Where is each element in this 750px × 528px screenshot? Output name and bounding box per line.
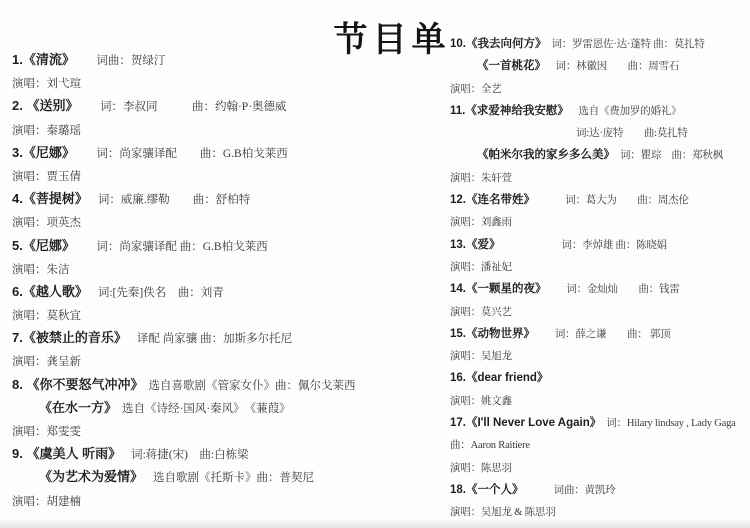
detail-line: 演唱：吴旭龙	[450, 344, 750, 366]
left-column: 1.《清流》 词曲：贺绿汀演唱：刘弋瑄2. 《送别》 词：李叔同 曲：约翰·P·…	[12, 48, 448, 512]
song-title: 7.《被禁止的音乐》	[12, 330, 120, 345]
credits-text: 选自喜歌剧《管家女仆》曲：佩尔戈莱西	[148, 380, 355, 392]
song-title: 13.《爱》	[450, 239, 495, 251]
credits-text: 词：尚家骧译配 曲：G.B柏戈莱西	[73, 148, 287, 160]
credits-text: 演唱：吴旭龙	[450, 351, 512, 362]
credits-text: 词曲：黄凯玲	[523, 485, 616, 496]
song-title: 1.《清流》	[12, 52, 68, 67]
credits-text: 选自《诗经·国风·秦风》 《蒹葭》	[122, 403, 291, 415]
credits-text: 演唱：朱洁	[12, 264, 70, 276]
credits-text: 演唱：吴旭龙 & 陈思羽	[450, 507, 556, 518]
program-line: 4.《菩提树》 词：威廉.缪勒 曲：舒柏特	[12, 187, 448, 210]
program-line: 《在水一方》选自《诗经·国风·秦风》 《蒹葭》	[12, 396, 448, 419]
detail-line: 演唱：龚呈新	[12, 349, 448, 372]
credits-text: 词：尚家骧译配 曲：G.B柏戈莱西	[73, 241, 267, 253]
credits-text: 词：罗雷恩佐·达·蓬特 曲：莫扎特	[552, 39, 705, 50]
song-title: 3.《尼娜》	[12, 145, 68, 160]
program-line: 《帕米尔我的家乡多么美》词：瞿琮 曲：郑秋枫	[450, 143, 750, 165]
song-title: 6.《越人歌》	[12, 284, 81, 299]
credits-text: 词：林徽因 曲：周雪石	[545, 61, 679, 72]
credits-text: 演唱：刘弋瑄	[12, 78, 81, 90]
credits-text: 译配 尚家骧 曲：加斯多尔托尼	[125, 333, 292, 345]
detail-line: 演唱：刘弋瑄	[12, 71, 448, 94]
credits-text: 演唱：龚呈新	[12, 356, 81, 368]
detail-line: 演唱：潘祉妃	[450, 255, 750, 277]
song-title: 《为艺术为爱情》	[39, 469, 137, 484]
credits-text: 演唱：陈思羽	[450, 463, 512, 474]
credits-text: 词:[先秦]佚名 曲：刘青	[86, 287, 223, 299]
program-line: 5.《尼娜》 词：尚家骧译配 曲：G.B柏戈莱西	[12, 234, 448, 257]
credits-text: 词：瞿琮 曲：郑秋枫	[620, 150, 723, 161]
detail-line: 演唱：莫兴艺	[450, 300, 750, 322]
credits-text: 词:蒋捷(宋) 曲:白栋梁	[120, 449, 249, 461]
program-line: 17.《I'll Never Love Again》词：Hilary linds…	[450, 411, 750, 433]
program-sheet: 节目单 1.《清流》 词曲：贺绿汀演唱：刘弋瑄2. 《送别》 词：李叔同 曲：约…	[0, 0, 750, 528]
credits-text: 演唱：胡建楠	[12, 496, 81, 508]
song-title: 2. 《送别》	[12, 98, 72, 113]
credits-text: 演唱：项英杰	[12, 217, 81, 229]
program-line: 14.《一颗星的夜》 词：金灿灿 曲：钱雷	[450, 277, 750, 299]
credits-text: 选自《费加罗的婚礼》	[568, 106, 681, 117]
program-line: 11.《求爱神给我安慰》 选自《费加罗的婚礼》	[450, 99, 750, 121]
detail-line: 演唱：姚文鑫	[450, 389, 750, 411]
credits-text: 曲：Aaron Raitiere	[450, 440, 530, 451]
program-line: 《为艺术为爱情》 选自歌剧《托斯卡》曲：普契尼	[12, 465, 448, 488]
detail-line: 演唱：朱洁	[12, 257, 448, 280]
credits-text: 词：Hilary lindsay , Lady Gaga	[606, 418, 735, 429]
program-line: 8. 《你不要怒气冲冲》选自喜歌剧《管家女仆》曲：佩尔戈莱西	[12, 373, 448, 396]
credits-text: 词曲：贺绿汀	[73, 55, 165, 67]
song-title: 《在水一方》	[39, 400, 117, 415]
credits-text: 词：金灿灿 曲：钱雷	[546, 284, 680, 295]
program-line: 18.《一个人》 词曲：黄凯玲	[450, 478, 750, 500]
song-title: 15.《动物世界》	[450, 328, 529, 340]
credits-text: 演唱：郑雯雯	[12, 426, 81, 438]
program-line: 16.《dear friend》	[450, 366, 750, 388]
credits-text: 词：薛之谦 曲： 郭顶	[534, 329, 670, 340]
detail-line: 演唱：刘鑫雨	[450, 210, 750, 232]
program-line: 2. 《送别》 词：李叔同 曲：约翰·P·奥德威	[12, 94, 448, 117]
credits-text: 选自歌剧《托斯卡》曲：普契尼	[142, 472, 315, 484]
credits-text: 演唱：莫秋宜	[12, 310, 81, 322]
credits-text: 演唱：刘鑫雨	[450, 217, 512, 228]
credits-text: 词：李焯雄 曲：陈晓娟	[500, 240, 667, 251]
detail-line: 演唱：陈思羽	[450, 456, 750, 478]
program-line: 15.《动物世界》 词：薛之谦 曲： 郭顶	[450, 322, 750, 344]
program-line: 《一首桃花》 词：林徽因 曲：周雪石	[450, 54, 750, 76]
song-title: 《一首桃花》	[477, 60, 540, 72]
program-line: 12.《连名带姓》 词：葛大为 曲：周杰伦	[450, 188, 750, 210]
program-line: 6.《越人歌》 词:[先秦]佚名 曲：刘青	[12, 280, 448, 303]
song-title: 17.《I'll Never Love Again》	[450, 417, 601, 429]
detail-line: 演唱：秦璐瑶	[12, 118, 448, 141]
detail-line: 演唱：贾玉倩	[12, 164, 448, 187]
credits-text: 词:达·庞特 曲:莫扎特	[576, 128, 688, 139]
detail-line: 演唱：全艺	[450, 77, 750, 99]
program-line: 3.《尼娜》 词：尚家骧译配 曲：G.B柏戈莱西	[12, 141, 448, 164]
song-title: 《帕米尔我的家乡多么美》	[477, 149, 615, 161]
detail-line: 演唱：胡建楠	[12, 489, 448, 512]
credits-text: 词：李叔同 曲：约翰·P·奥德威	[77, 101, 287, 113]
song-title: 16.《dear friend》	[450, 372, 548, 384]
credits-text: 演唱：莫兴艺	[450, 307, 512, 318]
song-title: 9. 《虞美人 听雨》	[12, 446, 115, 461]
credits-text: 演唱：贾玉倩	[12, 171, 81, 183]
program-line: 9. 《虞美人 听雨》 词:蒋捷(宋) 曲:白栋梁	[12, 442, 448, 465]
detail-line: 演唱：项英杰	[12, 210, 448, 233]
song-title: 18.《一个人》	[450, 484, 518, 496]
detail-line: 词:达·庞特 曲:莫扎特	[450, 121, 750, 143]
credits-text: 演唱：朱轩萱	[450, 173, 512, 184]
credits-text: 演唱：潘祉妃	[450, 262, 512, 273]
program-line: 7.《被禁止的音乐》 译配 尚家骧 曲：加斯多尔托尼	[12, 326, 448, 349]
program-line: 1.《清流》 词曲：贺绿汀	[12, 48, 448, 71]
credits-text: 演唱：姚文鑫	[450, 396, 512, 407]
right-column: 10.《我去向何方》词：罗雷恩佐·达·蓬特 曲：莫扎特《一首桃花》 词：林徽因 …	[450, 32, 750, 523]
detail-line: 演唱：郑雯雯	[12, 419, 448, 442]
credits-text: 演唱：全艺	[450, 84, 502, 95]
credits-text: 演唱：秦璐瑶	[12, 125, 81, 137]
song-title: 8. 《你不要怒气冲冲》	[12, 377, 143, 392]
detail-line: 演唱：朱轩萱	[450, 166, 750, 188]
song-title: 11.《求爱神给我安慰》	[450, 105, 563, 117]
detail-line: 曲：Aaron Raitiere	[450, 433, 750, 455]
detail-line: 演唱：莫秋宜	[12, 303, 448, 326]
detail-line: 演唱：吴旭龙 & 陈思羽	[450, 500, 750, 522]
song-title: 10.《我去向何方》	[450, 38, 547, 50]
program-line: 13.《爱》 词：李焯雄 曲：陈晓娟	[450, 233, 750, 255]
song-title: 5.《尼娜》	[12, 238, 68, 253]
song-title: 4.《菩提树》	[12, 191, 81, 206]
song-title: 12.《连名带姓》	[450, 194, 529, 206]
program-line: 10.《我去向何方》词：罗雷恩佐·达·蓬特 曲：莫扎特	[450, 32, 750, 54]
song-title: 14.《一颗星的夜》	[450, 283, 541, 295]
credits-text: 词：威廉.缪勒 曲：舒柏特	[86, 194, 250, 206]
credits-text: 词：葛大为 曲：周杰伦	[534, 195, 689, 206]
